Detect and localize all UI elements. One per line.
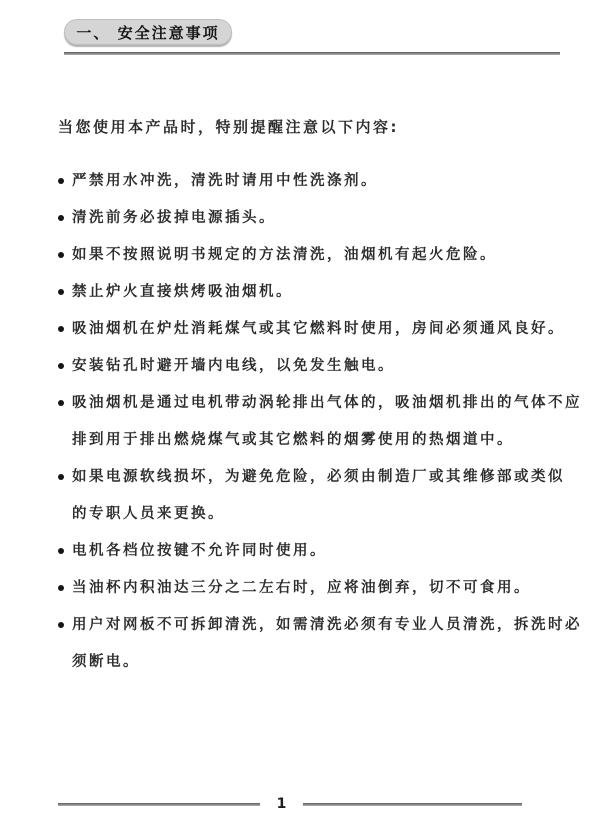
bullet-dot-icon [58,474,64,480]
bullet-dot-icon [58,400,64,406]
list-item: 禁止炉火直接烘烤吸油烟机。 [58,274,578,311]
list-item: 吸油烟机在炉灶消耗煤气或其它燃料时使用，房间必须通风良好。 [58,311,578,348]
section-title: 一、 安全注意事项 [76,22,219,43]
bullet-text-continued: 的专职人员来更换。 [72,496,578,533]
section-title-badge: 一、 安全注意事项 [64,19,232,45]
list-item: 用户对网板不可拆卸清洗，如需清洗必须有专业人员清洗，拆洗时必 须断电。 [58,607,578,681]
page-number: 1 [260,796,303,812]
bullet-dot-icon [58,289,64,295]
list-item: 吸油烟机是通过电机带动涡轮排出气体的，吸油烟机排出的气体不应 排到用于排出燃烧煤… [58,385,578,459]
bullet-dot-icon [58,252,64,258]
bullet-text: 用户对网板不可拆卸清洗，如需清洗必须有专业人员清洗，拆洗时必 [72,607,578,644]
list-item: 严禁用水冲洗，清洗时请用中性洗涤剂。 [58,163,578,200]
header-divider [64,52,560,55]
bullet-dot-icon [58,178,64,184]
list-item: 如果不按照说明书规定的方法清洗，油烟机有起火危险。 [58,237,578,274]
bullet-text-continued: 须断电。 [72,644,578,681]
page-footer: 1 [58,796,522,812]
footer-divider-right [303,803,522,806]
list-item: 安装钻孔时避开墙内电线，以免发生触电。 [58,348,578,385]
bullet-text: 如果电源软线损坏，为避免危险，必须由制造厂或其维修部或类似 [72,459,578,496]
intro-text: 当您使用本产品时，特别提醒注意以下内容: [58,116,399,137]
bullet-text: 清洗前务必拔掉电源插头。 [72,200,578,237]
list-item: 电机各档位按键不允许同时使用。 [58,533,578,570]
bullet-dot-icon [58,363,64,369]
bullet-text: 吸油烟机在炉灶消耗煤气或其它燃料时使用，房间必须通风良好。 [72,311,578,348]
list-item: 当油杯内积油达三分之二左右时，应将油倒弃，切不可食用。 [58,570,578,607]
bullet-dot-icon [58,622,64,628]
footer-divider-left [58,803,260,806]
bullet-text: 吸油烟机是通过电机带动涡轮排出气体的，吸油烟机排出的气体不应 [72,385,578,422]
bullet-dot-icon [58,548,64,554]
bullet-text-continued: 排到用于排出燃烧煤气或其它燃料的烟雾使用的热烟道中。 [72,422,578,459]
manual-page: 一、 安全注意事项 当您使用本产品时，特别提醒注意以下内容: 严禁用水冲洗，清洗… [0,0,599,837]
bullet-text: 严禁用水冲洗，清洗时请用中性洗涤剂。 [72,163,578,200]
bullet-text: 当油杯内积油达三分之二左右时，应将油倒弃，切不可食用。 [72,570,578,607]
bullet-dot-icon [58,585,64,591]
bullet-dot-icon [58,326,64,332]
safety-bullet-list: 严禁用水冲洗，清洗时请用中性洗涤剂。 清洗前务必拔掉电源插头。 如果不按照说明书… [58,163,578,681]
bullet-dot-icon [58,215,64,221]
bullet-text: 禁止炉火直接烘烤吸油烟机。 [72,274,578,311]
list-item: 清洗前务必拔掉电源插头。 [58,200,578,237]
list-item: 如果电源软线损坏，为避免危险，必须由制造厂或其维修部或类似 的专职人员来更换。 [58,459,578,533]
bullet-text: 安装钻孔时避开墙内电线，以免发生触电。 [72,348,578,385]
bullet-text: 如果不按照说明书规定的方法清洗，油烟机有起火危险。 [72,237,578,274]
bullet-text: 电机各档位按键不允许同时使用。 [72,533,578,570]
